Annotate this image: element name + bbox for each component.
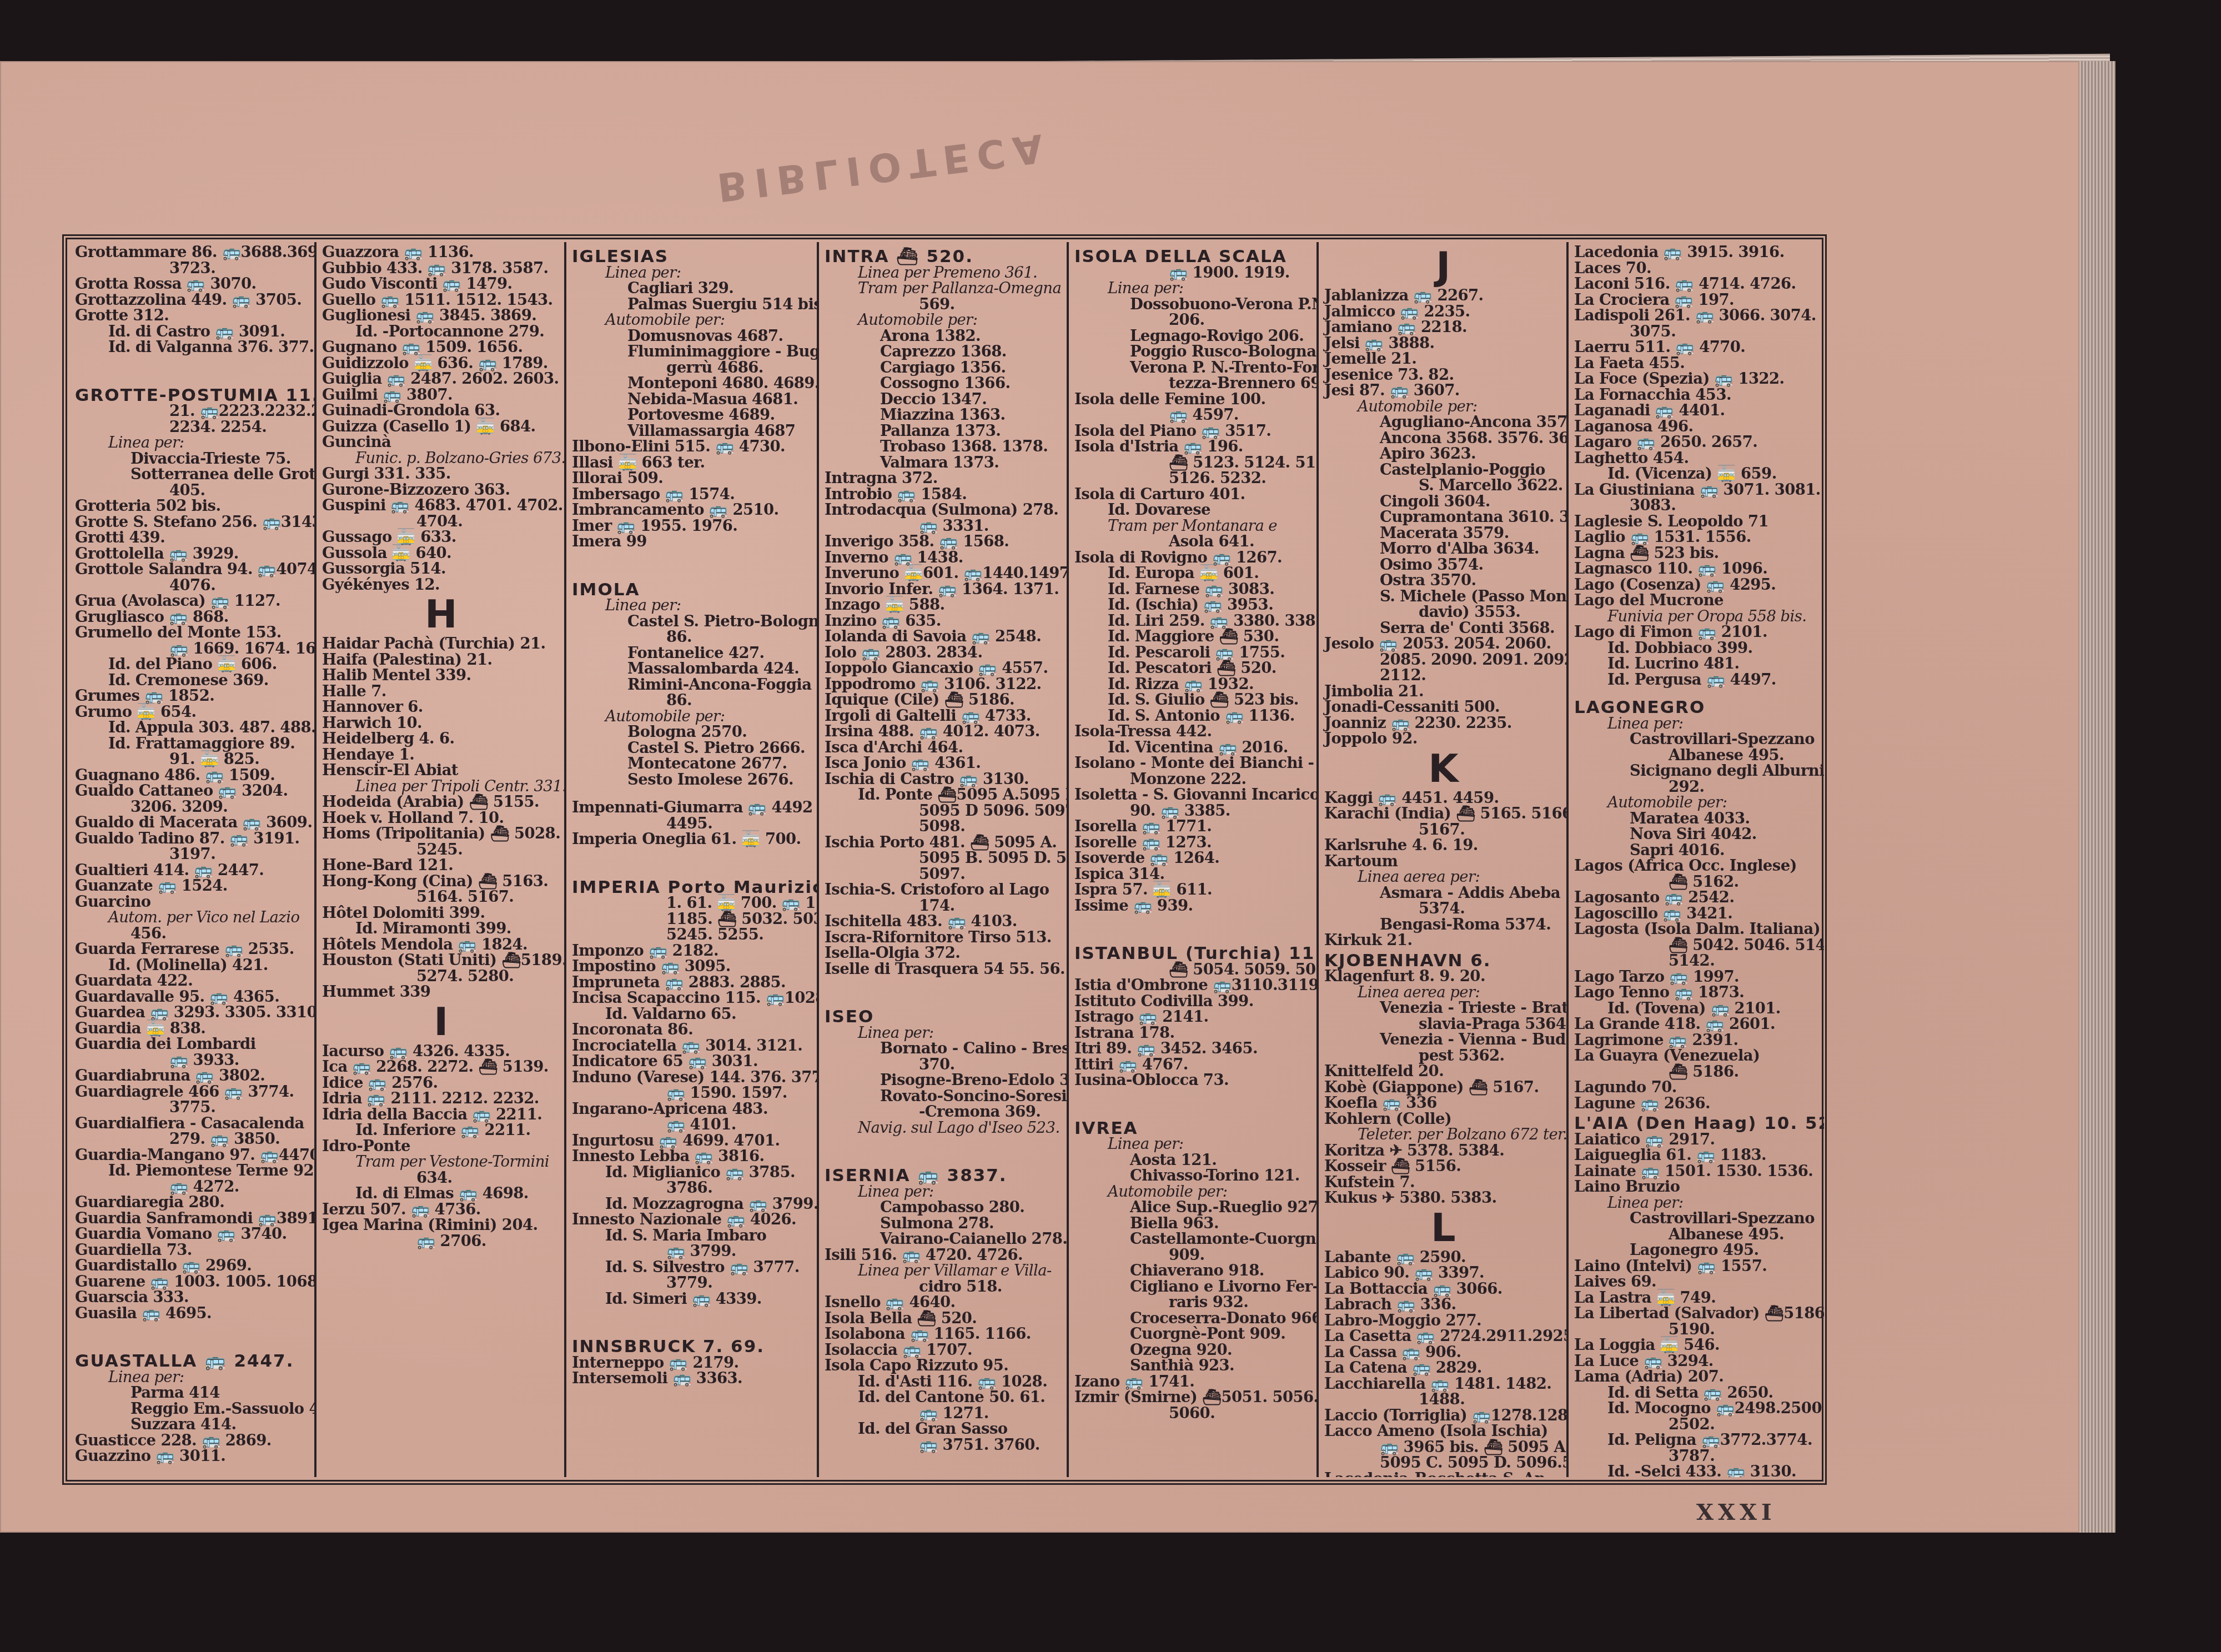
- index-entry: Jimbolia 21.: [1324, 684, 1562, 700]
- index-entry: Domusnovas 4687.: [572, 328, 812, 344]
- index-entry: Tram per Montanara e: [1074, 518, 1312, 534]
- index-entry: Laigueglia 61. 🚌 1183.: [1574, 1147, 1820, 1163]
- index-entry: Grotte S. Stefano 256. 🚌3143.: [75, 514, 310, 530]
- index-entry: Hummet 339: [322, 984, 560, 1000]
- index-entry: Guarene 🚌 1003. 1005. 1068.: [75, 1274, 310, 1290]
- index-entry: Id. Cremonese 369.: [75, 672, 310, 689]
- index-heading: LAGONEGRO: [1574, 700, 1820, 716]
- index-entry: Henscir-El Abiat: [322, 762, 560, 779]
- index-entry: Id. Farnese 🚌 3083.: [1074, 581, 1312, 597]
- index-entry: Idria della Baccia 🚌 2211.: [322, 1107, 560, 1123]
- index-column-1: Grottammare 86. 🚌3688.36993723.Grotta Ro…: [69, 242, 316, 1477]
- index-entry: Halib Mentel 339.: [322, 667, 560, 684]
- index-entry: Labante 🚌 2590.: [1324, 1249, 1562, 1266]
- index-columns: Grottammare 86. 🚌3688.36993723.Grotta Ro…: [69, 242, 1824, 1477]
- index-entry: La Bottaccia 🚌 3066.: [1324, 1281, 1562, 1297]
- index-entry: Id. di Elmas 🚌 4698.: [322, 1186, 560, 1202]
- index-entry: Id. Inferiore 🚌 2211.: [322, 1122, 560, 1138]
- index-entry: Guardia Vomano 🚌 3740.: [75, 1226, 310, 1242]
- index-entry: La Luce 🚌 3294.: [1574, 1353, 1820, 1369]
- index-entry: Illasi 🚋 663 ter.: [572, 455, 812, 471]
- index-entry: Venezia - Trieste - Brati-: [1324, 1000, 1562, 1016]
- index-entry: Linea per:: [572, 265, 812, 281]
- index-entry: Caprezzo 1368.: [825, 344, 1062, 360]
- index-entry: 279. 🚌 3850.: [75, 1131, 310, 1147]
- index-entry: Ingurtosu 🚌 4699. 4701.: [572, 1133, 812, 1149]
- index-entry: Id. Miglianico 🚌 3785.: [572, 1164, 812, 1181]
- index-entry: 5097.: [825, 866, 1062, 882]
- index-entry: Guardistallo 🚌 2969.: [75, 1258, 310, 1274]
- index-entry: Castrovillari-Spezzano: [1574, 731, 1820, 747]
- index-entry: Lago di Fimon 🚌 2101.: [1574, 624, 1820, 640]
- index-entry: 5095 B. 5095 D. 5096.: [825, 850, 1062, 866]
- index-entry: Istia d'Ombrone 🚌3110.3119.: [1074, 977, 1312, 993]
- index-entry: Inverigo 358. 🚌 1568.: [825, 534, 1062, 550]
- index-entry: Labrach 🚌 336.: [1324, 1297, 1562, 1313]
- index-entry: Villamassargia 4687: [572, 423, 812, 439]
- index-entry: Cupramontana 3610. 3612: [1324, 509, 1562, 525]
- index-entry: 86.: [572, 629, 812, 645]
- index-entry: Isola Capo Rizzuto 95.: [825, 1358, 1062, 1374]
- index-entry: Kosseir ⛴ 5156.: [1324, 1158, 1562, 1174]
- index-entry: Linea per:: [825, 1184, 1062, 1200]
- index-entry: 5142.: [1574, 953, 1820, 969]
- index-entry: Id. Mocogno 🚌2498.2500: [1574, 1400, 1820, 1417]
- index-entry: 5374.: [1324, 901, 1562, 917]
- index-entry: Guilmi 🚌 3807.: [322, 387, 560, 403]
- index-entry: Inzago 🚋 588.: [825, 597, 1062, 613]
- index-entry: Ischia Porto 481. ⛴ 5095 A.: [825, 835, 1062, 851]
- index-entry: Jablanizza 🚌 2267.: [1324, 288, 1562, 304]
- index-entry: 90. 🚌 3385.: [1074, 803, 1312, 819]
- index-entry: Id. del Gran Sasso: [825, 1421, 1062, 1437]
- index-entry: La Guayra (Venezuela): [1574, 1048, 1820, 1064]
- index-entry: 3787.: [1574, 1448, 1820, 1464]
- index-entry: 21. 🚌2223.2232.2233.: [75, 403, 310, 419]
- index-entry: Id. Pescatori ⛴ 520.: [1074, 660, 1312, 676]
- index-entry: Guazzora 🚌 1136.: [322, 244, 560, 260]
- index-entry: Sesto Imolese 2676.: [572, 772, 812, 788]
- index-entry: Lagonegro 495.: [1574, 1242, 1820, 1258]
- index-entry: Incisa Scapaccino 115. 🚌1028: [572, 990, 812, 1006]
- index-entry: Hôtels Mendola 🚌 1824.: [322, 937, 560, 953]
- index-entry: S. Marcello 3622.: [1324, 478, 1562, 494]
- index-entry: Castellamonte-Cuorgnè: [1074, 1231, 1312, 1247]
- index-entry: Id. Lucrino 481.: [1574, 656, 1820, 672]
- index-entry: Guardiabruna 🚌 3802.: [75, 1068, 310, 1084]
- index-entry: Id. Pergusa 🚌 4497.: [1574, 672, 1820, 688]
- index-entry: 3779.: [572, 1275, 812, 1291]
- index-entry: Linea per:: [1074, 1136, 1312, 1152]
- index-entry: 1488.: [1324, 1392, 1562, 1408]
- index-entry: Innesto Nazionale 🚌 4026.: [572, 1212, 812, 1228]
- index-entry: La Crociera 🚌 197.: [1574, 292, 1820, 308]
- index-entry: La Grande 418. 🚌 2601.: [1574, 1016, 1820, 1032]
- index-entry: cidro 518.: [825, 1279, 1062, 1295]
- index-column-6: JJablanizza 🚌 2267.Jalmicco 🚌 2235.Jamia…: [1319, 242, 1569, 1477]
- index-entry: Serra de' Conti 3568.: [1324, 620, 1562, 636]
- index-entry: 2085. 2090. 2091. 2092.: [1324, 652, 1562, 668]
- index-entry: 5274. 5280.: [322, 968, 560, 985]
- index-entry: Ozegna 920.: [1074, 1342, 1312, 1358]
- index-entry: Lacedonia-Rocchetta S. An-: [1324, 1471, 1562, 1478]
- index-entry: Guardia dei Lombardi: [75, 1036, 310, 1052]
- index-column-3: IGLESIASLinea per:Cagliari 329.Palmas Su…: [566, 242, 819, 1477]
- index-entry: Ierzu 507. 🚌 4736.: [322, 1202, 560, 1218]
- index-entry: Lainate 🚌 1501. 1530. 1536.: [1574, 1163, 1820, 1179]
- index-heading: L'AIA (Den Haag) 10. 52.: [1574, 1116, 1820, 1132]
- index-entry: Kobè (Giappone) ⛴ 5167.: [1324, 1079, 1562, 1096]
- index-entry: Labico 90. 🚌 3397.: [1324, 1265, 1562, 1281]
- index-entry: Id. Europa 🚋 601.: [1074, 565, 1312, 581]
- index-entry: Induno (Varese) 144. 376. 377.: [572, 1069, 812, 1086]
- index-entry: Sicignano degli Alburni: [1574, 763, 1820, 779]
- index-entry: Id. Peligna 🚌3772.3774.: [1574, 1432, 1820, 1448]
- index-entry: Ispica 314.: [1074, 866, 1312, 882]
- index-entry: Id. di Setta 🚌 2650.: [1574, 1385, 1820, 1401]
- index-entry: Ladispoli 261. 🚌 3066. 3074.: [1574, 308, 1820, 324]
- index-entry: Guspini 🚌 4683. 4701. 4702.: [322, 498, 560, 514]
- index-entry: Id. di Valganna 376. 377.: [75, 339, 310, 355]
- index-entry: Gudo Visconti 🚌 1479.: [322, 276, 560, 292]
- index-entry: Cuorgnè-Pont 909.: [1074, 1326, 1312, 1342]
- index-entry: Joppolo 92.: [1324, 731, 1562, 747]
- index-entry: Id. Simeri 🚌 4339.: [572, 1291, 812, 1307]
- index-entry: Inverno 🚌 1438.: [825, 550, 1062, 566]
- index-entry: Halle 7.: [322, 684, 560, 700]
- index-entry: Irsina 488. 🚌 4012. 4073.: [825, 724, 1062, 740]
- index-entry: 🚌 1590. 1597.: [572, 1085, 812, 1101]
- index-entry: Laconi 516. 🚌 4714. 4726.: [1574, 276, 1820, 292]
- index-entry: S. Michele (Passo Mon-: [1324, 589, 1562, 605]
- index-entry: ⛴ 5162.: [1574, 874, 1820, 890]
- index-entry: Grumo 🚋 654.: [75, 704, 310, 720]
- index-entry: Hannover 6.: [322, 699, 560, 715]
- index-entry: 5164. 5167.: [322, 889, 560, 905]
- index-entry: Id. Ponte ⛴5095 A.5095 B.: [825, 787, 1062, 803]
- index-entry: 3206. 3209.: [75, 799, 310, 815]
- index-entry: Vairano-Caianello 278.: [825, 1231, 1062, 1247]
- index-entry: Grottammare 86. 🚌3688.3699: [75, 244, 310, 260]
- index-heading: ISTANBUL (Turchia) 11. 21.: [1074, 946, 1312, 962]
- index-entry: Istituto Codivilla 399.: [1074, 993, 1312, 1010]
- index-entry: Sulmona 278.: [825, 1216, 1062, 1232]
- index-entry: Isnello 🚌 4640.: [825, 1294, 1062, 1310]
- index-entry: Isca d'Archi 464.: [825, 740, 1062, 756]
- index-entry: Castel S. Pietro 2666.: [572, 740, 812, 756]
- index-entry: Autom. per Vico nel Lazio: [75, 910, 310, 926]
- index-entry: Impennati-Giumarra 🚌 4492: [572, 800, 812, 816]
- index-entry: 2502.: [1574, 1417, 1820, 1433]
- index-entry: Cargiago 1356.: [825, 360, 1062, 376]
- index-entry: Jelsi 🚌 3888.: [1324, 335, 1562, 352]
- index-entry: -Cremona 369.: [825, 1104, 1062, 1120]
- index-entry: 456.: [75, 926, 310, 942]
- index-entry: Id. Frattamaggiore 89.: [75, 736, 310, 752]
- index-entry: Id. -Portocannone 279.: [322, 324, 560, 340]
- index-entry: Guagnano 486. 🚌 1509.: [75, 767, 310, 784]
- index-entry: Lagosanto 🚌 2542.: [1574, 890, 1820, 906]
- index-entry: Koefla 🚌 336: [1324, 1095, 1562, 1111]
- index-entry: Homs (Tripolitania) ⛴ 5028.: [322, 826, 560, 842]
- index-entry: Gussola 🚋 640.: [322, 545, 560, 561]
- index-entry: Istrago 🚌 2141.: [1074, 1009, 1312, 1025]
- index-entry: Grugliasco 🚌 868.: [75, 609, 310, 625]
- index-column-5: ISOLA DELLA SCALA🚌 1900. 1919.Linea per:…: [1069, 242, 1319, 1477]
- index-entry: Ostra 3570.: [1324, 573, 1562, 589]
- index-entry: Guardialfiera - Casacalenda: [75, 1116, 310, 1132]
- index-entry: Id. Piemontese Terme 92.: [75, 1163, 310, 1179]
- index-heading: ISEO: [825, 1009, 1062, 1025]
- index-entry: Laglesie S. Leopoldo 71: [1574, 514, 1820, 530]
- index-entry: Cingoli 3604.: [1324, 494, 1562, 510]
- index-entry: Id. S. Giulio ⛴ 523 bis.: [1074, 692, 1312, 708]
- index-entry: Hong-Kong (Cina) ⛴ 5163.: [322, 873, 560, 890]
- index-entry: Imponzo 🚌 2182.: [572, 943, 812, 959]
- index-entry: Miazzina 1363.: [825, 407, 1062, 423]
- index-entry: La Fornacchia 453.: [1574, 387, 1820, 403]
- index-entry: Linea per:: [75, 435, 310, 451]
- index-entry: Guardia 🚋 838.: [75, 1021, 310, 1037]
- index-entry: Funic. p. Bolzano-Gries 673.: [322, 450, 560, 466]
- index-entry: Grumes 🚌 1852.: [75, 688, 310, 704]
- index-entry: 86.: [572, 692, 812, 709]
- index-heading: ISOLA DELLA SCALA: [1074, 249, 1312, 265]
- index-heading: IGLESIAS: [572, 249, 812, 265]
- index-entry: Intragna 372.: [825, 470, 1062, 486]
- index-entry: Id. Dovarese: [1074, 502, 1312, 518]
- index-entry: Id. Pescaroli 🚌 1755.: [1074, 645, 1312, 661]
- index-entry: Osimo 3574.: [1324, 557, 1562, 573]
- index-entry: Ischitella 483. 🚌 4103.: [825, 913, 1062, 930]
- index-entry: Harwich 10.: [322, 715, 560, 731]
- index-entry: Grotti 439.: [75, 530, 310, 546]
- index-entry: Fontanelice 427.: [572, 645, 812, 661]
- index-entry: Guarscia 333.: [75, 1289, 310, 1305]
- page-number: XXXI: [1696, 1499, 1776, 1525]
- index-entry: Ischia-S. Cristoforo al Lago: [825, 882, 1062, 898]
- index-entry: Poggio Rusco-Bologna 69: [1074, 344, 1312, 360]
- index-entry: 5060.: [1074, 1405, 1312, 1422]
- index-entry: Isola Bella ⛴ 520.: [825, 1310, 1062, 1327]
- index-entry: Laerru 511. 🚌 4770.: [1574, 339, 1820, 355]
- index-entry: Indicatore 65 🚌 3031.: [572, 1053, 812, 1069]
- index-entry: 370.: [825, 1057, 1062, 1073]
- index-entry: 5095 D 5096. 5097.: [825, 803, 1062, 819]
- index-entry: Isola di Rovigno 🚌 1267.: [1074, 550, 1312, 566]
- index-entry: Laganadi 🚌 4401.: [1574, 403, 1820, 419]
- index-entry: Iolanda di Savoia 🚌 2548.: [825, 629, 1062, 645]
- index-entry: Lama (Adria) 207.: [1574, 1369, 1820, 1385]
- index-entry: Lagna ⛴ 523 bis.: [1574, 545, 1820, 561]
- index-entry: Guarda Ferrarese 🚌 2535.: [75, 941, 310, 957]
- index-entry: 4495.: [572, 816, 812, 832]
- index-entry: Knittelfeld 20.: [1324, 1063, 1562, 1079]
- index-entry: Sotterranea delle Grotte: [75, 466, 310, 483]
- index-entry: Imbrancamento 🚌 2510.: [572, 502, 812, 518]
- index-entry: Isola del Piano 🚌 3517.: [1074, 423, 1312, 439]
- index-entry: 5245.: [322, 842, 560, 858]
- index-entry: Innesto Lebba 🚌 3816.: [572, 1148, 812, 1164]
- index-entry: Linea per:: [1574, 716, 1820, 732]
- index-entry: 🚌 4101.: [572, 1117, 812, 1133]
- index-entry: Teleter. per Bolzano 672 ter.: [1324, 1127, 1562, 1143]
- section-letter: L: [1324, 1206, 1562, 1249]
- index-entry: 206.: [1074, 312, 1312, 328]
- index-entry: Cossogno 1366.: [825, 375, 1062, 391]
- index-entry: Linea per Tripoli Centr. 331.: [322, 779, 560, 795]
- index-entry: Gugnano 🚌 1509. 1656.: [322, 339, 560, 355]
- index-entry: Ancona 3568. 3576. 3610.: [1324, 430, 1562, 446]
- index-entry: Isolabona 🚌 1165. 1166.: [825, 1326, 1062, 1342]
- index-entry: Id. Appula 303. 487. 488.: [75, 720, 310, 736]
- index-entry: Guardiagrele 466 🚌 3774.: [75, 1084, 310, 1100]
- index-entry: Igea Marina (Rimini) 204.: [322, 1217, 560, 1233]
- index-entry: 🚌 4272.: [75, 1179, 310, 1195]
- index-entry: Apiro 3623.: [1324, 446, 1562, 462]
- index-entry: Houston (Stati Uniti) ⛴5189.: [322, 952, 560, 968]
- index-entry: 5098.: [825, 819, 1062, 835]
- index-entry: Isella-Olgia 372.: [825, 945, 1062, 961]
- index-entry: Guinadi-Grondola 63.: [322, 403, 560, 419]
- index-entry: pest 5362.: [1324, 1048, 1562, 1064]
- index-entry: Linea per:: [825, 1025, 1062, 1041]
- index-entry: Id. Vicentina 🚌 2016.: [1074, 740, 1312, 756]
- index-entry: Guglionesi 🚌 3845. 3869.: [322, 308, 560, 324]
- index-entry: Alice Sup.-Rueglio 927.: [1074, 1199, 1312, 1216]
- index-entry: Iscra-Rifornitore Tirso 513.: [825, 930, 1062, 946]
- index-entry: Lacco Ameno (Isola Ischia): [1324, 1423, 1562, 1439]
- index-entry: Automobile per:: [825, 312, 1062, 328]
- index-entry: Karlsruhe 4. 6. 19.: [1324, 837, 1562, 853]
- index-entry: Linea per Premeno 361.: [825, 265, 1062, 281]
- index-entry: Portovesme 4689.: [572, 407, 812, 423]
- index-heading: ISERNIA 🚌 3837.: [825, 1168, 1062, 1184]
- index-entry: Id. del Cantone 50. 61.: [825, 1389, 1062, 1405]
- index-entry: La Foce (Spezia) 🚌 1322.: [1574, 371, 1820, 387]
- index-entry: Inveruno 🚋601. 🚌1440.1497.: [825, 565, 1062, 581]
- index-entry: Grottole Salandra 94. 🚌4074.: [75, 561, 310, 578]
- index-entry: Automobile per:: [572, 709, 812, 725]
- index-entry: Impruneta 🚌 2883. 2885.: [572, 975, 812, 991]
- index-entry: Arona 1382.: [825, 328, 1062, 344]
- index-entry: Isolano - Monte dei Bianchi -: [1074, 755, 1312, 771]
- index-entry: Ittiri 🚌 4767.: [1074, 1057, 1312, 1073]
- index-entry: Incrociatella 🚌 3014. 3121.: [572, 1038, 812, 1054]
- index-entry: Kirkuk 21.: [1324, 932, 1562, 948]
- index-entry: Kukus ✈ 5380. 5383.: [1324, 1190, 1562, 1206]
- index-entry: Cagliari 329.: [572, 280, 812, 297]
- index-entry: Hodeida (Arabia) ⛴ 5155.: [322, 794, 560, 810]
- index-entry: 2112.: [1324, 667, 1562, 684]
- index-entry: Asola 641.: [1074, 534, 1312, 550]
- index-entry: Suzzara 414.: [75, 1417, 310, 1433]
- index-entry: Labro-Moggio 277.: [1324, 1313, 1562, 1329]
- index-entry: Hone-Bard 121.: [322, 857, 560, 873]
- index-entry: Id. (Vicenza) 🚋 659.: [1574, 466, 1820, 482]
- index-entry: Linea aerea per:: [1324, 869, 1562, 885]
- index-entry: Id. (Ischia) 🚌 3953.: [1074, 597, 1312, 613]
- index-entry: Monteponi 4680. 4689.: [572, 375, 812, 391]
- index-entry: Lagosta (Isola Dalm. Italiana): [1574, 921, 1820, 937]
- index-entry: Guizza (Casello 1) 🚋 684.: [322, 419, 560, 435]
- section-letter: I: [322, 1000, 560, 1043]
- index-entry: Id. Dobbiaco 399.: [1574, 640, 1820, 656]
- index-entry: Guardia Sanframondi 🚌3891.: [75, 1211, 310, 1227]
- index-entry: Joanniz 🚌 2230. 2235.: [1324, 715, 1562, 731]
- index-entry: 🚌 3933.: [75, 1052, 310, 1068]
- index-entry: Incoronata 86.: [572, 1022, 812, 1038]
- index-entry: Ippodromo 🚌 3106. 3122.: [825, 676, 1062, 692]
- index-entry: Jesenice 73. 82.: [1324, 367, 1562, 383]
- index-entry: Hôtel Dolomiti 399.: [322, 905, 560, 921]
- index-entry: Automobile per:: [572, 312, 812, 328]
- index-entry: Bengasi-Roma 5374.: [1324, 917, 1562, 933]
- index-entry: Iusina-Oblocca 73.: [1074, 1072, 1312, 1088]
- index-entry: Palmas Suergiu 514 bis.: [572, 297, 812, 313]
- index-entry: Cigliano e Livorno Fer-: [1074, 1279, 1312, 1295]
- index-entry: Isorella 🚌 1771.: [1074, 819, 1312, 835]
- index-entry: 91. 🚋 825.: [75, 751, 310, 767]
- index-entry: Jonadi-Cessaniti 500.: [1324, 699, 1562, 715]
- index-entry: Haidar Pachà (Turchia) 21.: [322, 636, 560, 652]
- index-entry: 3075.: [1574, 324, 1820, 340]
- index-entry: davio) 3553.: [1324, 604, 1562, 620]
- index-entry: Guazzino 🚌 3011.: [75, 1448, 310, 1464]
- index-entry: Isorelle 🚌 1273.: [1074, 835, 1312, 851]
- index-entry: Macerata 3579.: [1324, 525, 1562, 541]
- index-entry: Deccio 1347.: [825, 391, 1062, 408]
- index-entry: Castel S. Pietro-Bologna: [572, 614, 812, 630]
- index-column-4: INTRA ⛴ 520.Linea per Premeno 361.Tram p…: [819, 242, 1069, 1477]
- index-entry: Nebida-Masua 4681.: [572, 391, 812, 408]
- index-entry: Grumello del Monte 153.: [75, 625, 310, 641]
- index-entry: Linea per:: [1574, 1195, 1820, 1211]
- index-entry: Issime 🚌 939.: [1074, 898, 1312, 914]
- index-entry: Lagundo 70.: [1574, 1079, 1820, 1096]
- index-entry: Irgoli di Galtelli 🚌 4733.: [825, 708, 1062, 724]
- index-entry: 292.: [1574, 779, 1820, 795]
- index-entry: Lago del Mucrone: [1574, 592, 1820, 609]
- index-entry: Campobasso 280.: [825, 1199, 1062, 1216]
- index-entry: Guardia-Mangano 97. 🚌4470: [75, 1147, 310, 1163]
- index-entry: Idice 🚌 2576.: [322, 1075, 560, 1091]
- index-entry: Lagoscillo 🚌 3421.: [1574, 906, 1820, 922]
- index-entry: Guardiaregia 280.: [75, 1194, 310, 1211]
- index-entry: Id. S. Antonio 🚌 1136.: [1074, 708, 1312, 724]
- index-entry: Isoletta - S. Giovanni Incarico: [1074, 787, 1312, 803]
- index-entry: Idria 🚌 2111. 2212. 2232.: [322, 1091, 560, 1107]
- index-entry: Grotteria 502 bis.: [75, 498, 310, 514]
- index-entry: La Casetta 🚌 2724.2911.2925: [1324, 1328, 1562, 1344]
- index-heading: KJOBENHAVN 6.: [1324, 953, 1562, 969]
- index-entry: Lagnasco 110. 🚌 1096.: [1574, 561, 1820, 577]
- index-entry: Inzino 🚌 635.: [825, 613, 1062, 629]
- index-entry: Albanese 495.: [1574, 747, 1820, 764]
- index-entry: Imperia Oneglia 61. 🚋 700.: [572, 831, 812, 847]
- index-entry: Ispra 57. 🚋 611.: [1074, 882, 1312, 898]
- index-entry: Jesi 87. 🚌 3607.: [1324, 383, 1562, 399]
- index-entry: Laiatico 🚌 2917.: [1574, 1132, 1820, 1148]
- index-entry: 🚌 1900. 1919.: [1074, 265, 1312, 281]
- index-entry: Guardavalle 95. 🚌 4365.: [75, 989, 310, 1005]
- index-entry: Reggio Em.-Sassuolo 412.: [75, 1401, 310, 1417]
- index-entry: Pallanza 1373.: [825, 423, 1062, 439]
- index-entry: Id. S. Silvestro 🚌 3777.: [572, 1259, 812, 1276]
- index-entry: tezza-Brennero 69.: [1074, 375, 1312, 391]
- index-entry: Jamiano 🚌 2218.: [1324, 319, 1562, 335]
- index-heading: IMOLA: [572, 582, 812, 598]
